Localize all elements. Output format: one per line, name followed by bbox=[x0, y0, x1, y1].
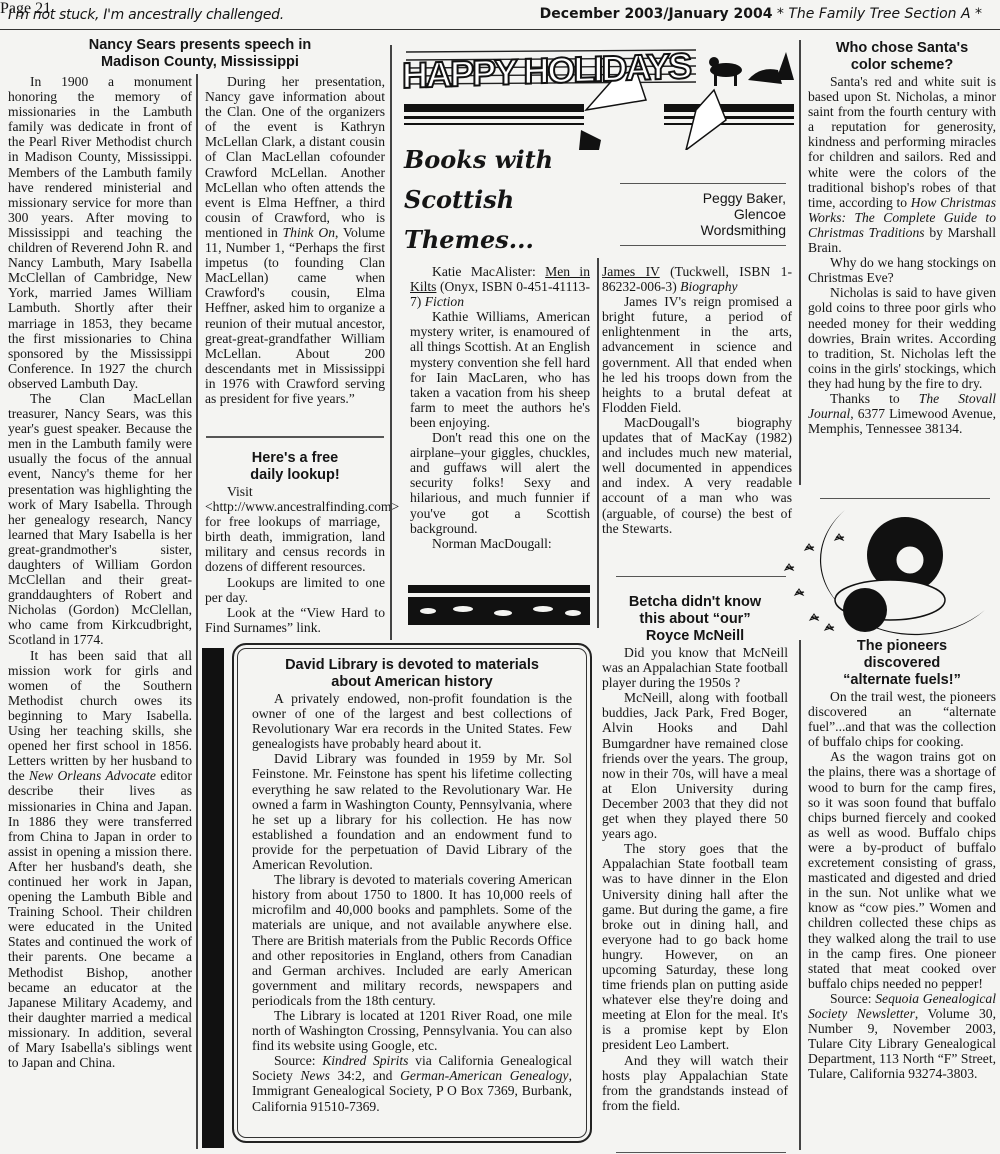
paragraph: The Library is located at 1201 River Roa… bbox=[252, 1008, 572, 1053]
genre: Biography bbox=[680, 279, 737, 294]
title-line: Scottish bbox=[404, 180, 553, 220]
publication-title: New Orleans Advocate bbox=[29, 768, 156, 783]
paragraph: On the trail west, the pioneers discover… bbox=[808, 689, 996, 749]
text: Source: bbox=[830, 991, 875, 1006]
paragraph: The story goes that the Appalachian Stat… bbox=[602, 841, 788, 1052]
sears-headline-line2: Madison County, Mississippi bbox=[20, 54, 380, 71]
divider bbox=[616, 1152, 786, 1153]
text: editor describe their lives as missionar… bbox=[8, 768, 192, 1070]
tartan-pattern-icon bbox=[408, 585, 590, 625]
text: , Volume 11, Number 1, “Perhaps the firs… bbox=[205, 225, 385, 406]
publication-title: Think On bbox=[283, 225, 335, 240]
david-library-body: A privately endowed, non-profit foundati… bbox=[252, 691, 572, 1114]
text: It has been said that all mission work f… bbox=[8, 648, 192, 784]
paragraph: Look at the “View Hard to Find Surnames”… bbox=[205, 605, 385, 635]
headline-line: “alternate fuels!” bbox=[808, 672, 996, 689]
paragraph: James IV's reign promised a bright futur… bbox=[602, 294, 792, 415]
headline-line: Royce McNeill bbox=[602, 628, 788, 645]
lookup-box: Here's a freedaily lookup! Visit <http:/… bbox=[205, 450, 385, 635]
mcneill-headline: Betcha didn't knowthis about “our”Royce … bbox=[602, 594, 788, 645]
santa-headline: Who chose Santa'scolor scheme? bbox=[808, 40, 996, 74]
paragraph: During her presentation, Nancy gave info… bbox=[205, 74, 385, 406]
column-divider bbox=[597, 258, 599, 628]
sears-headline-line1: Nancy Sears presents speech in bbox=[20, 37, 380, 54]
column-divider bbox=[799, 40, 801, 485]
issue-date: December 2003/January 2004 bbox=[540, 6, 773, 22]
book-entry-heading: Katie MacAlister: Men in Kilts (Onyx, IS… bbox=[410, 264, 590, 309]
horse-sleigh-icon bbox=[709, 52, 794, 86]
headline-line: The pioneers bbox=[808, 638, 996, 655]
byline-location: Glencoe bbox=[620, 206, 786, 222]
lookup-headline-line2: daily lookup! bbox=[205, 467, 385, 484]
paragraph: Thanks to The Stovall Journal, 6377 Lime… bbox=[808, 391, 996, 436]
lookup-headline: Here's a freedaily lookup! bbox=[205, 450, 385, 484]
text: Visit bbox=[227, 484, 253, 499]
paragraph: The Clan MacLellan treasurer, Nancy Sear… bbox=[8, 391, 192, 648]
david-library-box: David Library is devoted to materialsabo… bbox=[232, 643, 592, 1143]
column-divider bbox=[196, 74, 198, 1149]
text: Santa's red and white suit is based upon… bbox=[808, 74, 996, 210]
author: Katie MacAlister: bbox=[432, 264, 545, 279]
paragraph: Kathie Williams, American mystery writer… bbox=[410, 309, 590, 430]
paragraph: Why do we hang stockings on Christmas Ev… bbox=[808, 255, 996, 285]
header-motto: I'm not stuck, I'm ancestrally challenge… bbox=[8, 7, 284, 23]
headline-line: Who chose Santa's bbox=[808, 40, 996, 57]
headline-line: color scheme? bbox=[808, 57, 996, 74]
lookup-headline-line1: Here's a free bbox=[205, 450, 385, 467]
pioneers-headline: The pioneersdiscovered“alternate fuels!” bbox=[808, 638, 996, 689]
book-entry-heading: James IV (Tuckwell, ISBN 1-86232-006-3) … bbox=[602, 264, 792, 294]
paragraph: Did you know that McNeill was an Appalac… bbox=[602, 645, 788, 690]
header-folio: December 2003/January 2004 * The Family … bbox=[540, 6, 982, 22]
paragraph: McNeill, along with football buddies, Ja… bbox=[602, 690, 788, 841]
sears-headline: Nancy Sears presents speech in Madison C… bbox=[20, 37, 380, 71]
divider bbox=[206, 436, 384, 438]
divider bbox=[820, 498, 990, 499]
paragraph: MacDougall's biography updates that of M… bbox=[602, 415, 792, 536]
decorative-black-bar bbox=[202, 648, 224, 1148]
byline-org: Wordsmithing bbox=[620, 222, 786, 238]
paragraph: Source: Kindred Spirits via California G… bbox=[252, 1053, 572, 1113]
author: Norman MacDougall: bbox=[410, 536, 590, 551]
byline-author: Peggy Baker, bbox=[620, 190, 786, 206]
divider bbox=[620, 183, 786, 184]
paragraph: Nicholas is said to have given gold coin… bbox=[808, 285, 996, 391]
headline-line: Betcha didn't know bbox=[602, 594, 788, 611]
text: Thanks to bbox=[830, 391, 919, 406]
text: Source: bbox=[274, 1053, 322, 1068]
section-name: * The Family Tree Section A * bbox=[772, 6, 982, 22]
publication-title: Kindred Spirits bbox=[322, 1053, 408, 1068]
publication-title: German-American Genealogy bbox=[400, 1068, 568, 1083]
paragraph: Visit <http://www.ancestralfinding.com> … bbox=[205, 484, 385, 575]
text: for free lookups of marriage, birth deat… bbox=[205, 514, 385, 574]
mcneill-article: Betcha didn't knowthis about “our”Royce … bbox=[602, 594, 788, 1113]
page-header: I'm not stuck, I'm ancestrally challenge… bbox=[0, 0, 1000, 30]
paragraph: Don't read this one on the airplane–your… bbox=[410, 430, 590, 536]
text: 34:2, and bbox=[330, 1068, 400, 1083]
paragraph: In 1900 a monument honoring the memory o… bbox=[8, 74, 192, 391]
text: During her presentation, Nancy gave info… bbox=[205, 74, 385, 240]
santa-article: Who chose Santa'scolor scheme? Santa's r… bbox=[808, 40, 996, 436]
divider bbox=[616, 576, 786, 577]
happy-holidays-banner: HAPPY HOLIDAYS bbox=[396, 40, 796, 150]
publication-title: News bbox=[300, 1068, 329, 1083]
books-section-title: Books with Scottish Themes... bbox=[404, 140, 553, 260]
divider bbox=[620, 245, 786, 246]
column-divider bbox=[799, 640, 801, 1150]
website-link[interactable]: <http://www.ancestralfinding.com> bbox=[205, 499, 399, 514]
paragraph: A privately endowed, non-profit foundati… bbox=[252, 691, 572, 751]
headline-line: discovered bbox=[808, 655, 996, 672]
paragraph: Santa's red and white suit is based upon… bbox=[808, 74, 996, 255]
byline: Peggy Baker, Glencoe Wordsmithing bbox=[620, 190, 786, 238]
paragraph: And they will watch their hosts play App… bbox=[602, 1053, 788, 1113]
paragraph: David Library was founded in 1959 by Mr.… bbox=[252, 751, 572, 872]
headline-line: about American history bbox=[252, 674, 572, 691]
sears-article-col1: In 1900 a monument honoring the memory o… bbox=[8, 74, 192, 1070]
headline-line: David Library is devoted to materials bbox=[252, 657, 572, 674]
books-col2: James IV (Tuckwell, ISBN 1-86232-006-3) … bbox=[602, 264, 792, 536]
headline-line: this about “our” bbox=[602, 611, 788, 628]
decorative-border-art bbox=[408, 585, 590, 625]
sears-article-col2: During her presentation, Nancy gave info… bbox=[205, 74, 385, 406]
paragraph: Source: Sequoia Genealogical Society New… bbox=[808, 991, 996, 1082]
pioneers-article: The pioneersdiscovered“alternate fuels!”… bbox=[808, 638, 996, 1081]
david-library-headline: David Library is devoted to materialsabo… bbox=[252, 657, 572, 691]
column-divider bbox=[390, 45, 392, 640]
paragraph: Lookups are limited to one per day. bbox=[205, 575, 385, 605]
title-line: Books with bbox=[404, 140, 553, 180]
paragraph: As the wagon trains got on the plains, t… bbox=[808, 749, 996, 991]
books-col1: Katie MacAlister: Men in Kilts (Onyx, IS… bbox=[410, 264, 590, 551]
paragraph: The library is devoted to materials cove… bbox=[252, 872, 572, 1008]
genre: Fiction bbox=[425, 294, 464, 309]
santa-moon-illustration bbox=[775, 500, 1000, 640]
title-line: Themes... bbox=[404, 220, 553, 260]
book-title: James IV bbox=[602, 264, 660, 279]
paragraph: It has been said that all mission work f… bbox=[8, 648, 192, 1071]
